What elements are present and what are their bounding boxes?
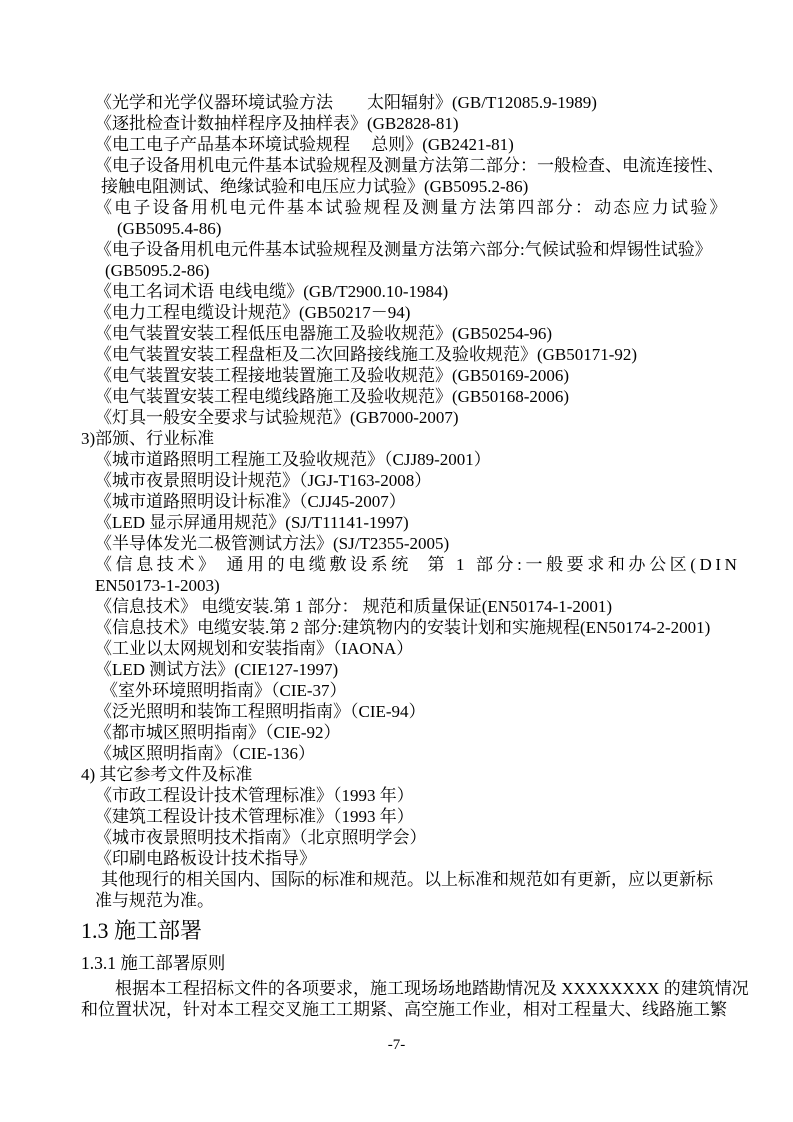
document-line: 和位置状况，针对本工程交叉施工工期紧、高空施工作业，相对工程量大、线路施工繁 [81,999,741,1020]
document-line: 《LED 测试方法》(CIE127-1997) [95,659,741,680]
document-line: 《城市道路照明工程施工及验收规范》（CJJ89-2001） [95,449,741,470]
document-line: 《城市夜景照明技术指南》（北京照明学会） [95,827,741,848]
document-line: 《城市道路照明设计标准》（CJJ45-2007） [95,491,741,512]
document-line: 接触电阻测试、绝缘试验和电压应力试验》(GB5095.2-86) [101,176,741,197]
body-paragraph: 根据本工程招标文件的各项要求，施工现场场地踏勘情况及 XXXXXXXX 的建筑情… [81,978,741,1020]
document-line: 《灯具一般安全要求与试验规范》(GB7000-2007) [95,407,741,428]
document-page: 《光学和光学仪器环境试验方法 太阳辐射》(GB/T12085.9-1989)《逐… [0,0,793,1122]
document-line: 《信息技术》电缆安装.第 2 部分:建筑物内的安装计划和实施规程(EN50174… [95,617,741,638]
document-line: 《信息技术》 电缆安装.第 1 部分： 规范和质量保证(EN50174-1-20… [95,596,741,617]
document-line: 《都市城区照明指南》（CIE-92） [95,722,741,743]
page-number: -7- [0,1036,793,1054]
document-line: 《城市夜景照明设计规范》（JGJ-T163-2008） [95,470,741,491]
document-line: 《电气装置安装工程低压电器施工及验收规范》(GB50254-96) [95,323,741,344]
document-line: 《城区照明指南》（CIE-136） [95,743,741,764]
document-line: 《电气装置安装工程接地装置施工及验收规范》(GB50169-2006) [95,365,741,386]
document-line: 《印刷电路板设计技术指导》 [95,848,741,869]
document-line: 《电子设备用机电元件基本试验规程及测量方法第四部分：动态应力试验》 [95,197,741,218]
standards-list: 《光学和光学仪器环境试验方法 太阳辐射》(GB/T12085.9-1989)《逐… [81,92,741,911]
document-line: 《光学和光学仪器环境试验方法 太阳辐射》(GB/T12085.9-1989) [95,92,741,113]
document-line: 《信息技术》 通用的电缆敷设系统 第 1 部分:一般要求和办公区(DIN [95,554,741,575]
document-line: 《市政工程设计技术管理标准》（1993 年） [95,785,741,806]
document-line: 《电工电子产品基本环境试验规程 总则》(GB2421-81) [95,134,741,155]
document-line: 《逐批检查计数抽样程序及抽样表》(GB2828-81) [95,113,741,134]
document-line: 《半导体发光二极管测试方法》(SJ/T2355-2005) [95,533,741,554]
document-line: 《电力工程电缆设计规范》(GB50217－94) [95,302,741,323]
document-line: 《工业以太网规划和安装指南》（IAONA） [95,638,741,659]
page-content: 《光学和光学仪器环境试验方法 太阳辐射》(GB/T12085.9-1989)《逐… [81,92,741,1020]
document-line: 4) 其它参考文件及标准 [81,764,741,785]
document-line: 准与规范为准。 [95,890,741,911]
document-line: EN50173-1-2003) [95,575,741,596]
document-line: 其他现行的相关国内、国际的标准和规范。以上标准和规范如有更新，应以更新标 [101,869,741,890]
document-line: 3)部颁、行业标准 [81,428,741,449]
document-line: (GB5095.2-86) [105,260,741,281]
document-line: 《室外环境照明指南》（CIE-37） [101,680,741,701]
document-line: 《电子设备用机电元件基本试验规程及测量方法第二部分：一般检查、电流连接性、 [95,155,741,176]
document-line: 《电气装置安装工程盘柜及二次回路接线施工及验收规范》(GB50171-92) [95,344,741,365]
document-line: 《电子设备用机电元件基本试验规程及测量方法第六部分:气候试验和焊锡性试验》 [95,239,741,260]
document-line: 《电工名词术语 电线电缆》(GB/T2900.10-1984) [95,281,741,302]
sub-heading: 1.3.1 施工部署原则 [81,953,741,974]
section-heading: 1.3 施工部署 [81,918,741,944]
document-line: 《建筑工程设计技术管理标准》（1993 年） [95,806,741,827]
document-line: 根据本工程招标文件的各项要求，施工现场场地踏勘情况及 XXXXXXXX 的建筑情… [115,978,741,999]
document-line: (GB5095.4-86) [117,218,741,239]
document-line: 《泛光照明和装饰工程照明指南》（CIE-94） [95,701,741,722]
document-line: 《电气装置安装工程电缆线路施工及验收规范》(GB50168-2006) [95,386,741,407]
document-line: 《LED 显示屏通用规范》(SJ/T11141-1997) [95,512,741,533]
